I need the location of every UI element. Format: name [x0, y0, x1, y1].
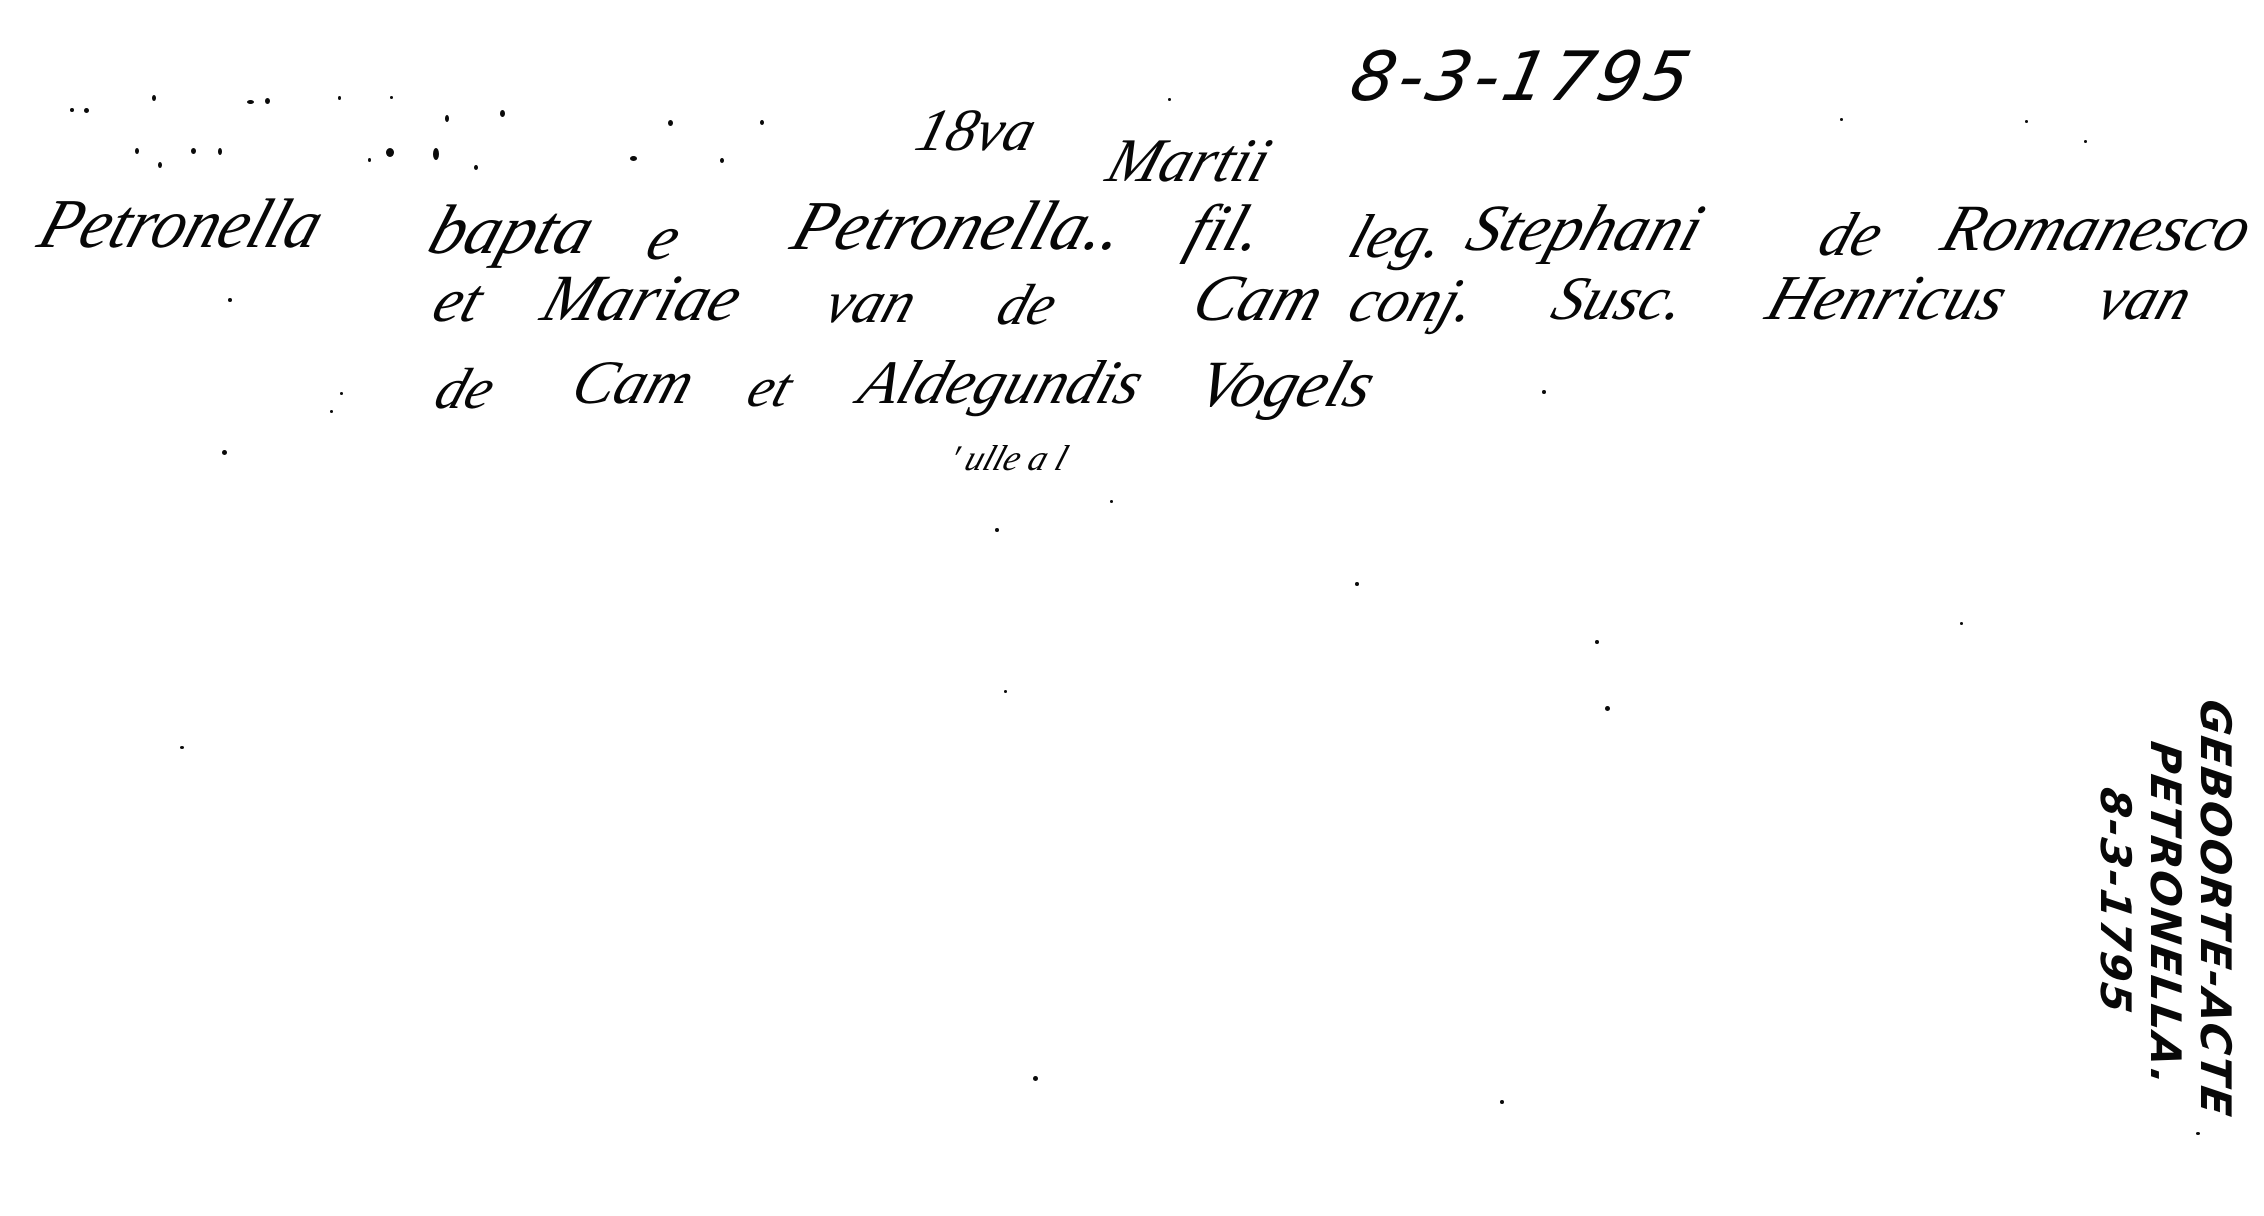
speck	[340, 392, 343, 395]
stamp-line-3: 8-3-1795	[2090, 696, 2140, 1143]
speck	[70, 108, 74, 112]
speck	[1595, 640, 1599, 644]
word: Stephani	[1459, 196, 1711, 262]
word: Vogels	[1189, 352, 1383, 418]
speck	[995, 528, 999, 532]
word: Mariae	[534, 266, 750, 332]
speck	[2025, 120, 2028, 123]
speck	[1840, 118, 1843, 121]
speck	[720, 158, 724, 163]
word: Petronella..	[784, 192, 1135, 262]
stamp-rotated-text: GEBOORTE-ACTE PETRONELLA. 8-3-1795	[2090, 700, 2240, 1140]
word: Cam	[565, 352, 702, 414]
speck	[158, 162, 162, 168]
speck	[330, 410, 333, 413]
speck	[433, 148, 439, 160]
stamp-line-1: GEBOORTE-ACTE	[2190, 696, 2240, 1143]
speck	[630, 156, 637, 161]
speck	[84, 108, 89, 113]
word: Susc.	[1545, 268, 1694, 330]
speck	[474, 165, 478, 170]
speck	[368, 158, 371, 162]
word: Romanesco	[1934, 196, 2260, 262]
word: et	[426, 270, 491, 332]
speck	[338, 96, 341, 100]
speck	[1033, 1076, 1038, 1081]
word: Henricus	[1760, 266, 2015, 330]
speck	[668, 120, 673, 126]
speck	[180, 746, 184, 749]
word: e	[640, 206, 689, 270]
speck	[135, 148, 139, 154]
scanned-document-page: 8-3-1795 18va Martii Petronella bapta e …	[0, 0, 2264, 1216]
speck	[222, 450, 227, 455]
stamp-line-2: PETRONELLA.	[2140, 696, 2190, 1143]
speck	[1542, 390, 1546, 394]
word: bapta	[421, 196, 603, 266]
word: leg.	[1342, 206, 1453, 268]
word: van	[818, 272, 924, 332]
speck	[1500, 1100, 1504, 1104]
word: fil.	[1179, 196, 1272, 262]
speck	[445, 115, 449, 122]
word: van	[2090, 268, 2200, 330]
month-label: Martii	[1100, 130, 1279, 192]
speck	[1110, 500, 1113, 503]
speck	[191, 148, 196, 154]
speck	[2196, 1132, 2200, 1135]
speck	[760, 120, 764, 125]
speck	[390, 96, 393, 99]
document-stamp: GEBOORTE-ACTE PETRONELLA. 8-3-1795	[2070, 700, 2240, 1140]
speck	[500, 110, 505, 117]
day-ordinal: 18va	[910, 100, 1043, 160]
word: Cam	[1185, 266, 1331, 332]
speck	[218, 148, 222, 155]
speck	[1168, 98, 1171, 101]
speck	[1605, 706, 1610, 711]
word: conj.	[1342, 270, 1484, 332]
date-header: 8-3-1795	[1345, 44, 1700, 112]
speck	[1004, 690, 1007, 693]
speck	[1355, 582, 1359, 586]
text-fragment: ' ulle a l	[944, 440, 1072, 476]
speck	[2084, 140, 2087, 143]
speck	[386, 148, 394, 157]
speck	[265, 98, 270, 104]
word: de	[429, 360, 503, 418]
speck	[152, 95, 156, 101]
word: Aldegundis	[852, 352, 1151, 414]
margin-name: Petronella	[31, 190, 332, 260]
word: et	[741, 360, 800, 416]
speck	[1960, 622, 1963, 625]
speck	[228, 298, 232, 302]
speck	[247, 100, 254, 104]
word: de	[1812, 204, 1891, 266]
word: de	[991, 276, 1065, 334]
